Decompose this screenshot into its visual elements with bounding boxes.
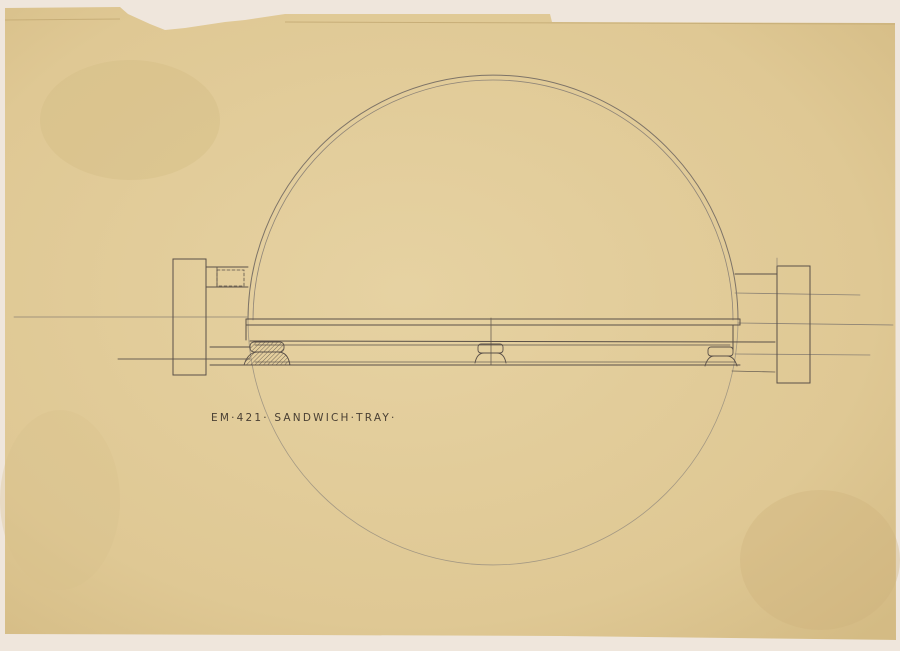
drawing-title-label: EM·421· SANDWICH·TRAY· xyxy=(211,412,397,424)
technical-drawing xyxy=(0,0,900,651)
drawing-sheet: EM·421· SANDWICH·TRAY· xyxy=(0,0,900,651)
